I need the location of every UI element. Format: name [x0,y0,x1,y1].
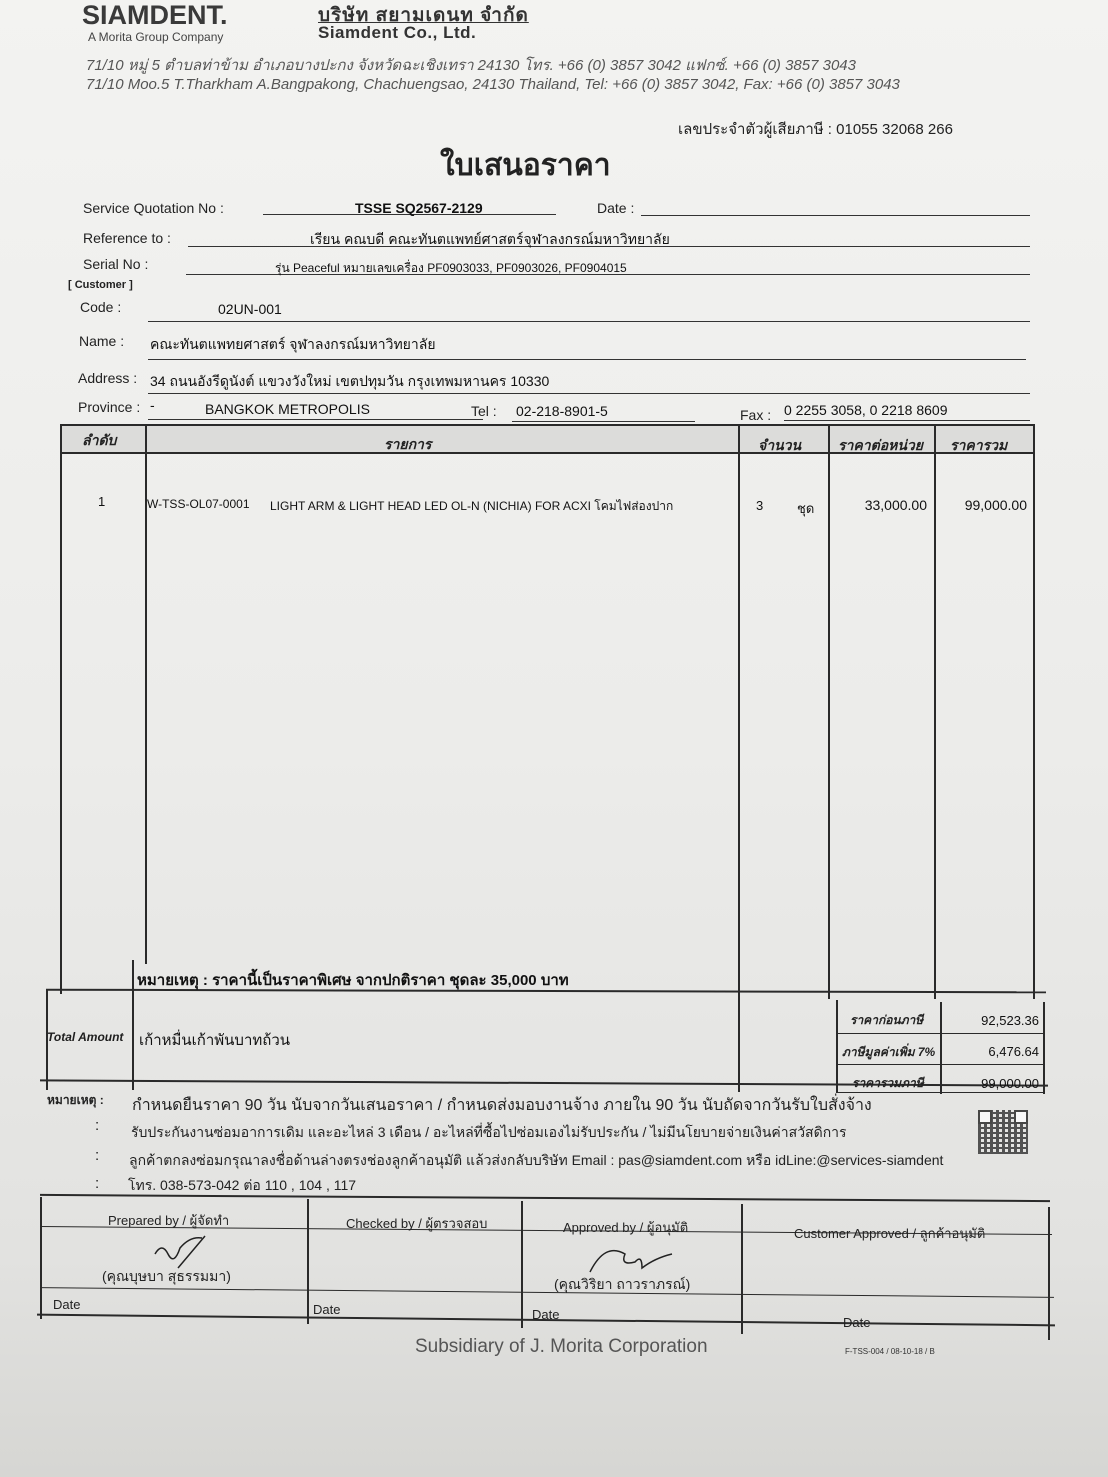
special-price-note: หมายเหตุ : ราคานี้เป็นราคาพิเศษ จากปกติร… [137,968,569,992]
serial-label: Serial No : [83,256,148,272]
customer-section-label: [ Customer ] [68,279,133,291]
quotation-no: TSSE SQ2567-2129 [355,200,483,216]
province-value: BANGKOK METROPOLIS [205,401,370,417]
row-no: 1 [98,494,105,509]
date-label: Date [313,1302,340,1317]
vat-value: 6,476.64 [945,1044,1039,1059]
date-label: Date [532,1307,559,1322]
total-amount-words: เก้าหมื่นเก้าพันบาทถ้วน [139,1028,290,1052]
remark-line-3: ลูกค้าตกลงซ่อมกรุณาลงชื่อด้านล่างตรงช่อง… [129,1150,943,1172]
province-dash: - [150,397,155,413]
signature-scribble-icon [580,1244,680,1276]
remark-bullet-4: : [95,1175,99,1192]
row-description: LIGHT ARM & LIGHT HEAD LED OL-N (NICHIA)… [270,497,673,516]
remark-bullet-2: : [95,1117,99,1134]
qr-code-icon [978,1110,1028,1154]
company-tagline: A Morita Group Company [88,30,223,44]
customer-name: คณะทันตแพทยศาสตร์ จุฬาลงกรณ์มหาวิทยาลัย [150,334,436,356]
company-logo: SIAMDENT. [82,0,228,31]
total-amount-label: Total Amount [47,1030,123,1044]
subtotal-label: ราคาก่อนภาษี [850,1011,923,1030]
company-name-english: Siamdent Co., Ltd. [318,23,476,43]
column-header-amount: ราคารวม [950,435,1007,457]
signer-name: (คุณวิริยา ถาวราภรณ์) [554,1274,690,1296]
form-code: F-TSS-004 / 08-10-18 / B [845,1347,935,1356]
signature-title: Approved by / ผู้อนุมัติ [563,1217,688,1238]
remarks-label: หมายเหตุ : [47,1091,104,1110]
column-header-no: ลำดับ [82,430,116,452]
fax-value: 0 2255 3058, 0 2218 8609 [784,402,948,418]
tax-id: เลขประจำตัวผู้เสียภาษี : 01055 32068 266 [678,117,953,141]
quotation-no-label: Service Quotation No : [83,200,224,216]
grand-total-value: 99,000.00 [945,1076,1039,1091]
serial-value: รุ่น Peaceful หมายเลขเครื่อง PF0903033, … [275,259,627,278]
customer-name-label: Name : [79,333,124,349]
date-label: Date [843,1315,870,1330]
customer-address: 34 ถนนอังรีดูนังต์ แขวงวังใหม่ เขตปทุมวั… [150,371,549,393]
signature-title: Prepared by / ผู้จัดทำ [108,1210,229,1231]
column-header-item: รายการ [384,434,431,456]
row-qty: 3 [756,498,763,513]
column-header-unit-price: ราคาต่อหน่วย [838,435,923,457]
quotation-document: SIAMDENT. A Morita Group Company บริษัท … [0,0,1108,1477]
tel-value: 02-218-8901-5 [516,403,608,419]
signature-title: Checked by / ผู้ตรวจสอบ [346,1213,487,1234]
customer-address-label: Address : [78,370,137,386]
signer-name: (คุณบุษบา สุธรรมมา) [102,1266,231,1288]
subtotal-value: 92,523.36 [945,1013,1039,1028]
row-amount: 99,000.00 [936,497,1027,513]
company-address-thai: 71/10 หมู่ 5 ตำบลท่าข้าม อำเภอบางปะกง จั… [86,53,856,77]
reference-label: Reference to : [83,230,171,246]
date-label: Date [53,1297,80,1312]
remark-line-2: รับประกันงานซ่อมอาการเดิม และอะไหล่ 3 เด… [131,1122,847,1144]
province-label: Province : [78,399,140,415]
signature-title: Customer Approved / ลูกค้าอนุมัติ [794,1223,985,1244]
date-label: Date : [597,200,634,216]
reference-value: เรียน คณบดี คณะทันตแพทย์ศาสตร์จุฬาลงกรณ์… [310,229,670,251]
fax-label: Fax : [740,407,771,423]
remark-line-1: กำหนดยืนราคา 90 วัน นับจากวันเสนอราคา / … [132,1093,872,1118]
subsidiary-footer: Subsidiary of J. Morita Corporation [415,1336,708,1358]
company-address-english: 71/10 Moo.5 T.Tharkham A.Bangpakong, Cha… [86,76,900,93]
document-title: ใบเสนอราคา [440,142,611,189]
customer-code: 02UN-001 [218,301,282,317]
tel-label: Tel : [471,403,497,419]
customer-code-label: Code : [80,299,121,315]
row-unit-price: 33,000.00 [830,497,927,513]
grand-total-label: ราคารวมภาษี [852,1074,924,1093]
remark-bullet-3: : [95,1147,99,1164]
column-header-qty: จำนวน [758,435,801,457]
row-item-code: W-TSS-OL07-0001 [147,497,250,511]
vat-label: ภาษีมูลค่าเพิ่ม 7% [842,1043,935,1062]
row-unit: ชุด [797,498,814,519]
